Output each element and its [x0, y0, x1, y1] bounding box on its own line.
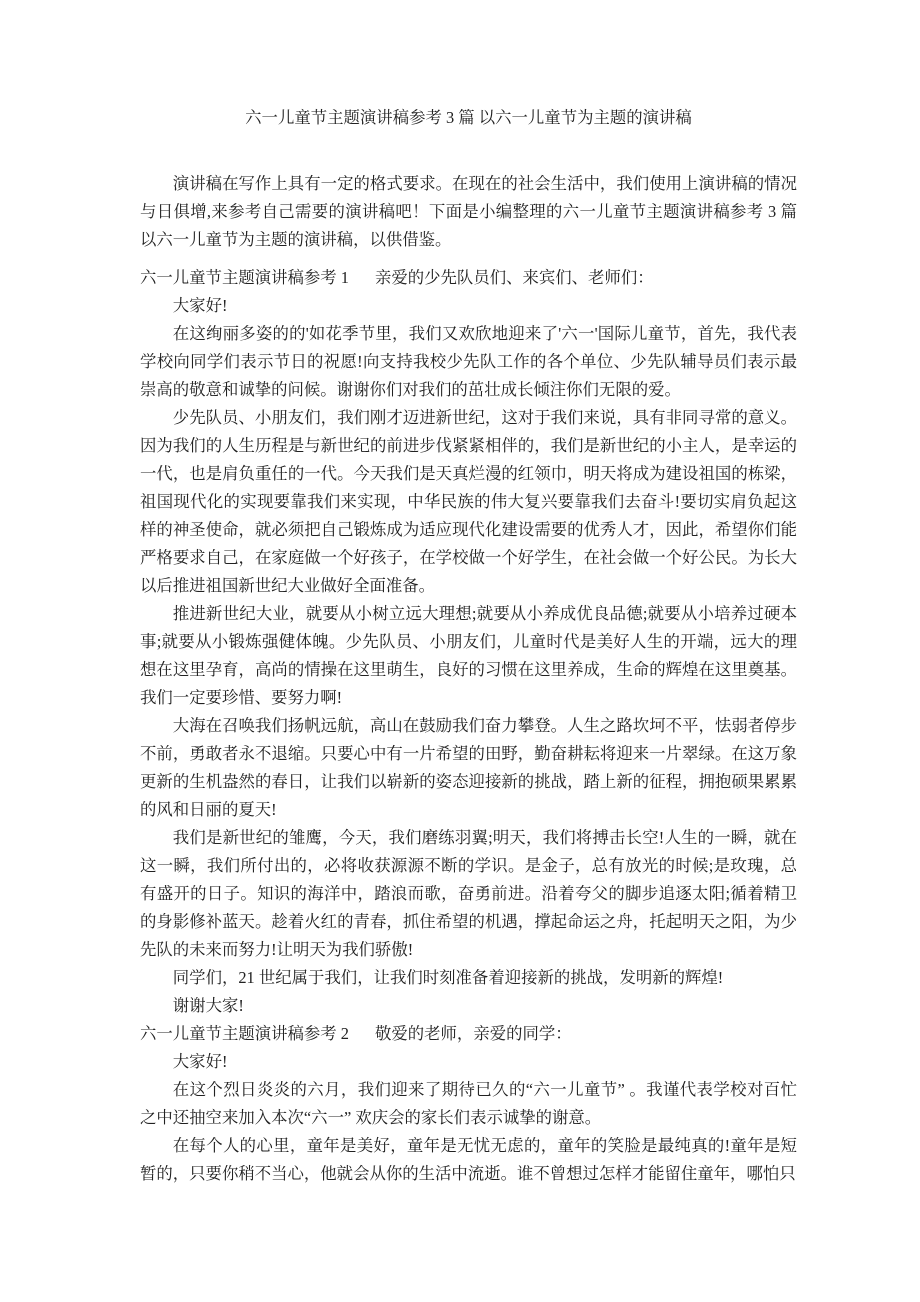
section-1-paragraph: 同学们，21 世纪属于我们，让我们时刻准备着迎接新的挑战，发明新的辉煌!	[140, 964, 797, 992]
section-1-heading-line: 六一儿童节主题演讲稿参考 1亲爱的少先队员们、来宾们、老师们：	[140, 264, 797, 292]
section-1-paragraph: 推进新世纪大业，就要从小树立远大理想;就要从小养成优良品德;就要从小培养过硬本事…	[140, 600, 797, 712]
document-title: 六一儿童节主题演讲稿参考 3 篇 以六一儿童节为主题的演讲稿	[140, 104, 797, 132]
document-page: 六一儿童节主题演讲稿参考 3 篇 以六一儿童节为主题的演讲稿 演讲稿在写作上具有…	[0, 0, 920, 1302]
section-2-paragraph: 在每个人的心里，童年是美好，童年是无忧无虑的，童年的笑脸是最纯真的!童年是短暂的…	[140, 1132, 797, 1188]
section-1-paragraph: 大海在召唤我们扬帆远航，高山在鼓励我们奋力攀登。人生之路坎坷不平，怯弱者停步不前…	[140, 712, 797, 824]
section-1-paragraph: 在这绚丽多姿的的'如花季节里，我们又欢欣地迎来了'六一'国际儿童节，首先，我代表…	[140, 320, 797, 404]
heading-gap	[349, 282, 375, 283]
section-1-paragraph: 谢谢大家!	[140, 992, 797, 1020]
section-2-heading: 六一儿童节主题演讲稿参考 2	[140, 1024, 349, 1043]
section-2-paragraph: 在这个烈日炎炎的六月，我们迎来了期待已久的“六一儿童节” 。我谨代表学校对百忙之…	[140, 1076, 797, 1132]
section-1-heading: 六一儿童节主题演讲稿参考 1	[140, 268, 349, 287]
intro-paragraph: 演讲稿在写作上具有一定的格式要求。在现在的社会生活中，我们使用上演讲稿的情况与日…	[140, 170, 797, 254]
section-1-paragraph: 少先队员、小朋友们，我们刚才迈进新世纪，这对于我们来说，具有非同寻常的意义。因为…	[140, 404, 797, 600]
section-1-salutation: 亲爱的少先队员们、来宾们、老师们：	[375, 268, 654, 287]
section-2-heading-line: 六一儿童节主题演讲稿参考 2敬爱的老师，亲爱的同学：	[140, 1020, 797, 1048]
section-2-salutation: 敬爱的老师，亲爱的同学：	[375, 1024, 572, 1043]
section-2-paragraph: 大家好!	[140, 1048, 797, 1076]
section-1-paragraph: 大家好!	[140, 292, 797, 320]
section-1-paragraph: 我们是新世纪的雏鹰，今天，我们磨练羽翼;明天，我们将搏击长空!人生的一瞬，就在这…	[140, 824, 797, 964]
heading-gap	[349, 1038, 375, 1039]
